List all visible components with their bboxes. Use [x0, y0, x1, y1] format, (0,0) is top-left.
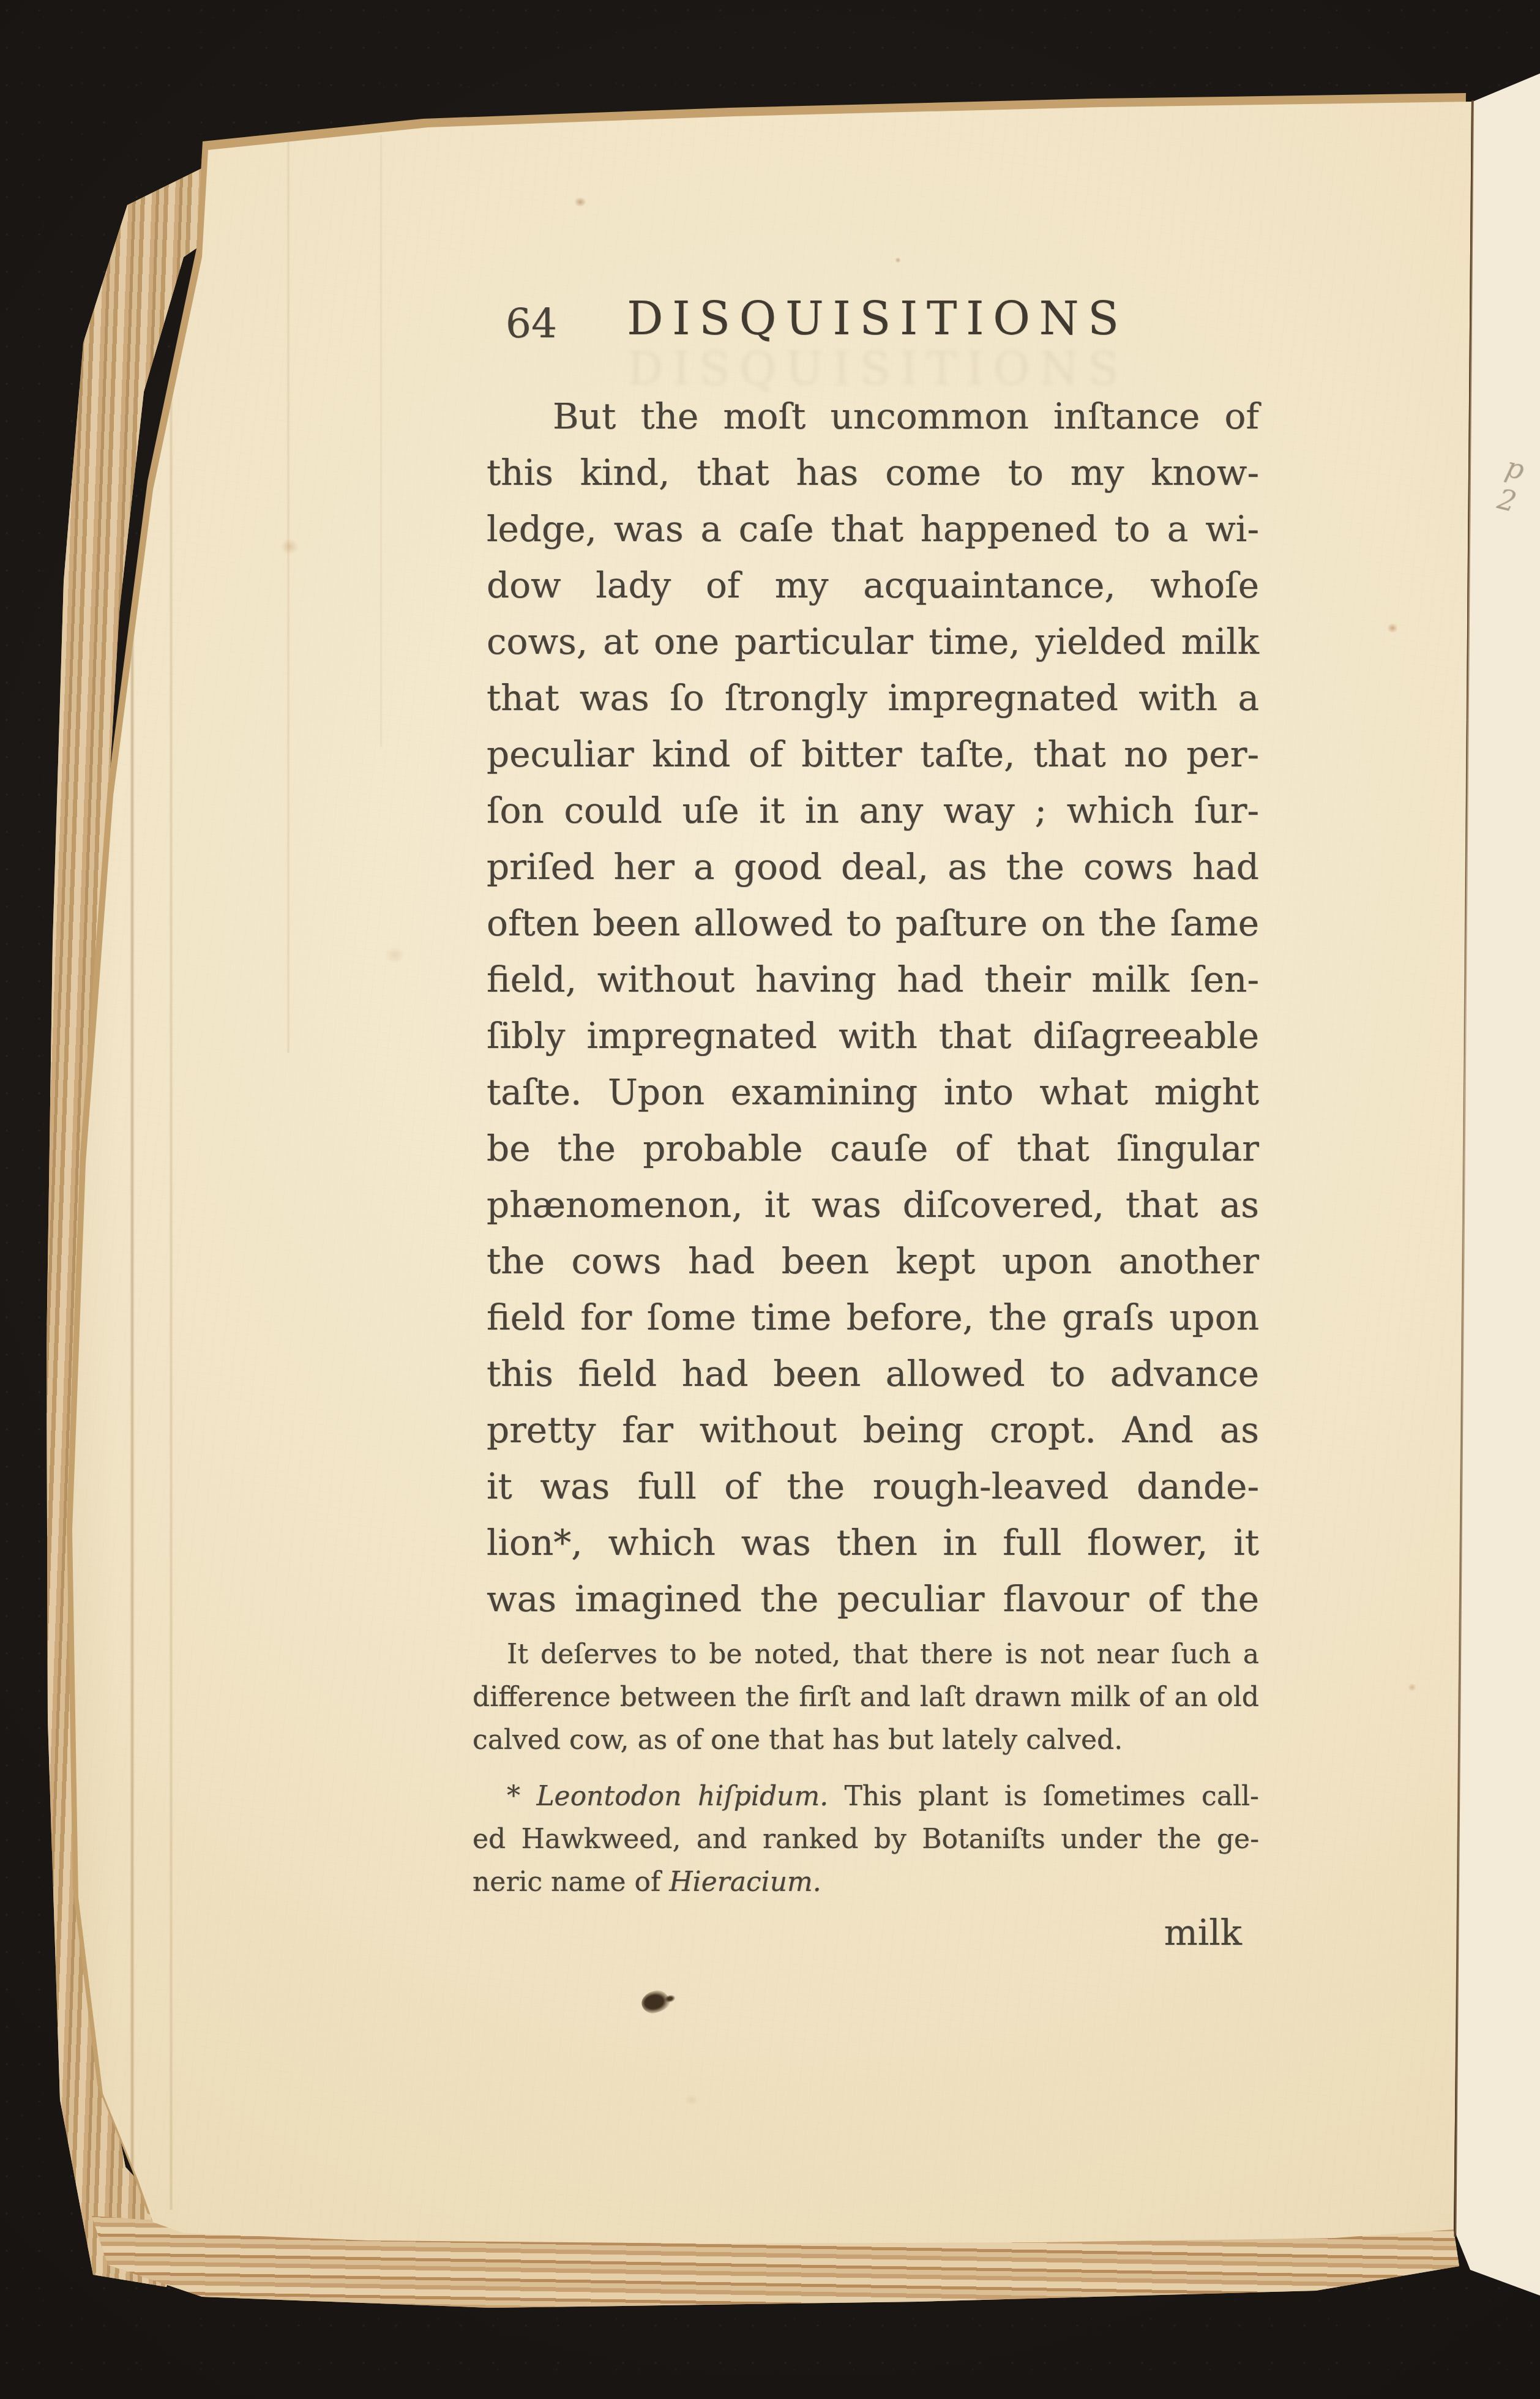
- latin-species-name: Leontodon hiſpidum.: [536, 1781, 828, 1812]
- footnote-line: neric name of Hieracium.: [473, 1861, 1259, 1904]
- foxing-spot: [684, 2094, 699, 2106]
- body-line: cows, at one particular time, yielded mi…: [487, 613, 1259, 670]
- scanned-book-photo: p 2 DISQUISITIONS 64 DISQUISITIONS But t…: [0, 0, 1540, 2399]
- body-line: peculiar kind of bitter taſte, that no p…: [487, 726, 1259, 782]
- body-line: dow lady of my acquaintance, whoſe: [487, 557, 1259, 613]
- foxing-spot: [280, 539, 299, 555]
- body-line: this field had been allowed to advance: [487, 1345, 1259, 1402]
- body-line: ſibly impregnated with that diſagreeable: [487, 1008, 1259, 1064]
- footnote-asterisk: *: [507, 1781, 520, 1812]
- footnote-line: ed Hawkweed, and ranked by Botaniſts und…: [473, 1818, 1259, 1861]
- body-line: often been allowed to paſture on the ſam…: [487, 895, 1259, 951]
- latin-genus-name: Hieracium.: [669, 1866, 821, 1898]
- foxing-spot: [895, 257, 901, 263]
- body-line: But the moſt uncommon inſtance of: [487, 388, 1259, 444]
- body-line: priſed her a good deal, as the cows had: [487, 839, 1259, 895]
- body-text: But the moſt uncommon inſtance of this k…: [487, 388, 1259, 1627]
- ink-blot: [640, 1988, 671, 2016]
- body-line: pretty far without being cropt. And as: [487, 1402, 1259, 1458]
- body-line: taſte. Upon examining into what might: [487, 1064, 1259, 1120]
- foxing-spot: [574, 197, 586, 207]
- catchword: milk: [487, 1911, 1259, 1954]
- body-line: be the probable cauſe of that ſingular: [487, 1120, 1259, 1177]
- body-line: field for ſome time before, the graſs up…: [487, 1289, 1259, 1345]
- body-line: that was ſo ſtrongly impregnated with a: [487, 670, 1259, 726]
- page-crease: [169, 220, 173, 2210]
- footnote-text: neric name of: [473, 1866, 669, 1898]
- body-line: the cows had been kept upon another: [487, 1233, 1259, 1289]
- page-crease: [286, 135, 290, 1053]
- foxing-spot: [1387, 623, 1398, 633]
- body-line: it was full of the rough-leaved dande-: [487, 1458, 1259, 1514]
- foxing-spot: [384, 946, 405, 964]
- body-line: phænomenon, it was diſcovered, that as: [487, 1177, 1259, 1233]
- foxing-spot: [1408, 1683, 1416, 1691]
- body-line: ſon could uſe it in any way ; which ſur-: [487, 782, 1259, 839]
- body-line: ledge, was a caſe that happened to a wi-: [487, 501, 1259, 557]
- body-line: lion*, which was then in full flower, it: [487, 1514, 1259, 1571]
- body-line: this kind, that has come to my know-: [487, 444, 1259, 501]
- footnote-line: * Leontodon hiſpidum. This plant is ſome…: [473, 1775, 1259, 1818]
- footnote-line: calved cow, as of one that has but latel…: [473, 1719, 1259, 1762]
- page-crease: [379, 135, 383, 747]
- footnote-star: * Leontodon hiſpidum. This plant is ſome…: [473, 1775, 1259, 1904]
- footnote-plain: It deſerves to be noted, that there is n…: [473, 1633, 1259, 1762]
- body-line: field, without having had their milk ſen…: [487, 951, 1259, 1008]
- book-page: DISQUISITIONS 64 DISQUISITIONS But the m…: [0, 0, 1540, 2399]
- body-line: was imagined the peculiar flavour of the: [487, 1571, 1259, 1627]
- footnote-line: difference between the firſt and laſt dr…: [473, 1676, 1259, 1719]
- footnote-text: This plant is ſometimes call-: [845, 1781, 1259, 1812]
- footnote-line: It deſerves to be noted, that there is n…: [473, 1633, 1259, 1676]
- running-head: DISQUISITIONS: [487, 293, 1259, 345]
